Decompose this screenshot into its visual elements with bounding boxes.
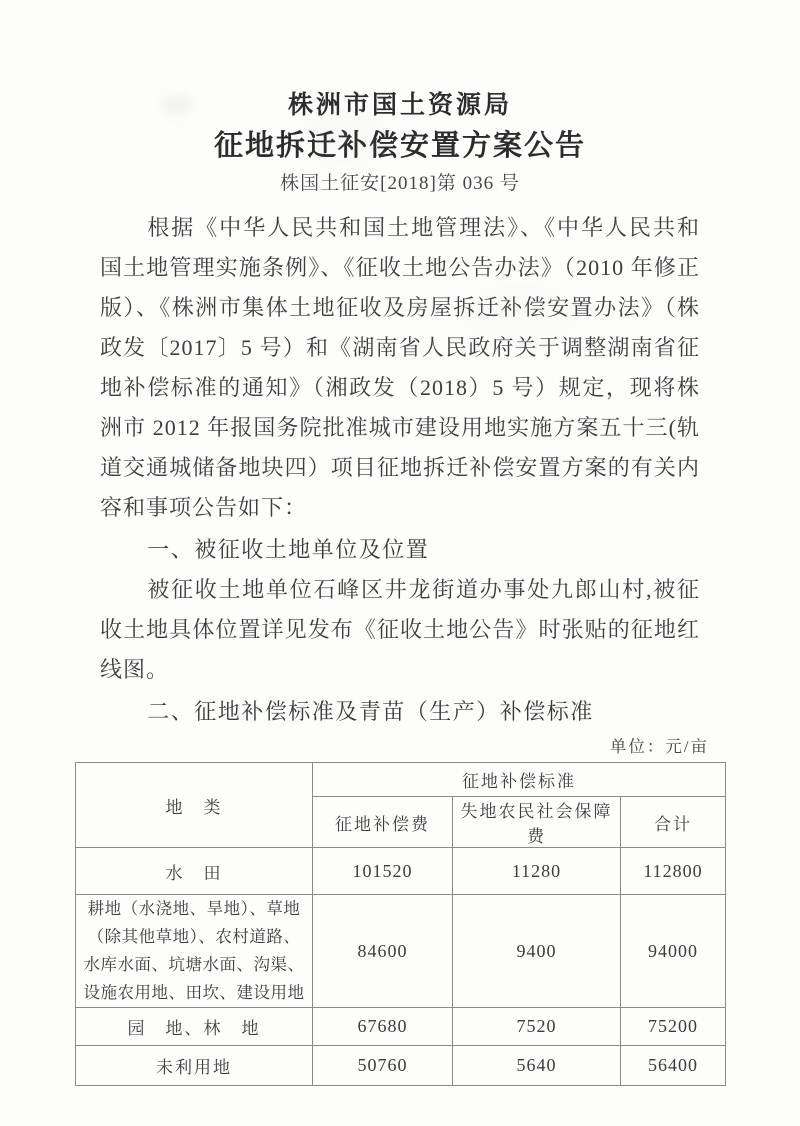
document-title-subject: 征地拆迁补偿安置方案公告 xyxy=(100,124,700,168)
cell-social: 11280 xyxy=(453,848,621,895)
section1-heading: 一、被征收土地单位及位置 xyxy=(100,530,700,570)
document-page: 株洲市国土资源局 征地拆迁补偿安置方案公告 株国土征安[2018]第 036 号… xyxy=(0,0,800,1126)
document-number: 株国土征安[2018]第 036 号 xyxy=(100,168,700,200)
compensation-table-block: 单位：元/亩 地 类 征地补偿标准 征地补偿费 失地农民社会保障费 合计 xyxy=(75,734,725,1086)
intro-paragraph: 根据《中华人民共和国土地管理法》、《中华人民共和国土地管理实施条例》、《征收土地… xyxy=(100,208,700,528)
header-fee: 征地补偿费 xyxy=(313,797,453,848)
cell-social: 7520 xyxy=(453,1008,621,1046)
cell-social: 9400 xyxy=(453,895,621,1008)
cell-total: 56400 xyxy=(621,1046,726,1086)
table-header-row-group: 地 类 征地补偿标准 xyxy=(76,763,726,797)
section1-body: 被征收土地单位石峰区井龙街道办事处九郎山村,被征收土地具体位置详见发布《征收土地… xyxy=(100,570,700,690)
cell-total: 94000 xyxy=(621,895,726,1008)
cell-fee: 50760 xyxy=(313,1046,453,1086)
table-row: 水 田 101520 11280 112800 xyxy=(76,848,726,895)
cell-land: 未利用地 xyxy=(76,1046,313,1086)
cell-land: 水 田 xyxy=(76,848,313,895)
table-row: 园 地、林 地 67680 7520 75200 xyxy=(76,1008,726,1046)
header-land-type: 地 类 xyxy=(76,763,313,848)
cell-land: 园 地、林 地 xyxy=(76,1008,313,1046)
section2-heading: 二、征地补偿标准及青苗（生产）补偿标准 xyxy=(100,692,700,732)
table-unit-label: 单位：元/亩 xyxy=(75,734,725,760)
cell-land: 耕地（水浇地、旱地）、草地（除其他草地）、农村道路、水库水面、坑塘水面、沟渠、设… xyxy=(76,895,313,1008)
cell-total: 112800 xyxy=(621,848,726,895)
cell-total: 75200 xyxy=(621,1008,726,1046)
header-total: 合计 xyxy=(621,797,726,848)
header-standard-group: 征地补偿标准 xyxy=(313,763,726,797)
cell-fee: 67680 xyxy=(313,1008,453,1046)
document-title-agency: 株洲市国土资源局 xyxy=(100,88,700,124)
header-social: 失地农民社会保障费 xyxy=(453,797,621,848)
cell-social: 5640 xyxy=(453,1046,621,1086)
table-row: 未利用地 50760 5640 56400 xyxy=(76,1046,726,1086)
compensation-table: 地 类 征地补偿标准 征地补偿费 失地农民社会保障费 合计 水 田 101520… xyxy=(75,762,726,1086)
cell-fee: 101520 xyxy=(313,848,453,895)
cell-fee: 84600 xyxy=(313,895,453,1008)
table-row: 耕地（水浇地、旱地）、草地（除其他草地）、农村道路、水库水面、坑塘水面、沟渠、设… xyxy=(76,895,726,1008)
